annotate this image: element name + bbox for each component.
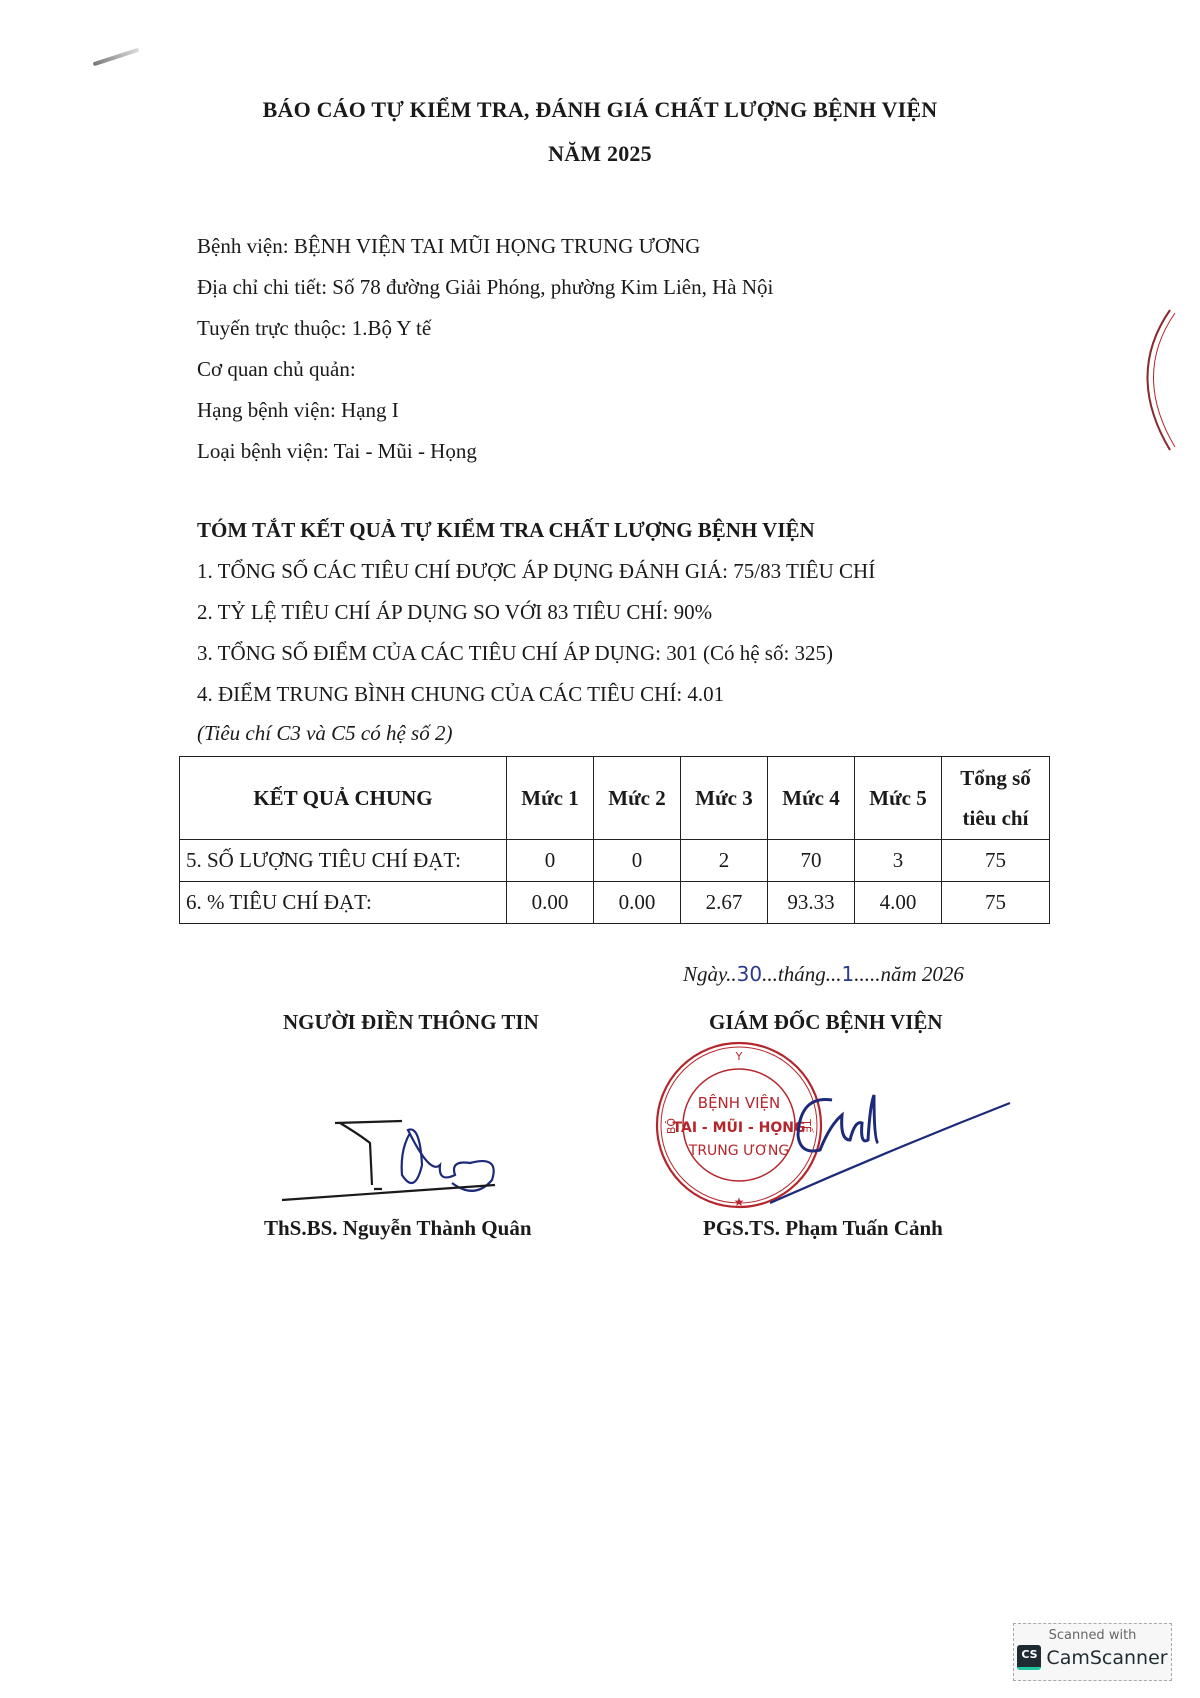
svg-text:★: ★	[734, 1195, 745, 1209]
results-table: KẾT QUẢ CHUNG Mức 1 Mức 2 Mức 3 Mức 4 Mứ…	[179, 756, 1050, 924]
summary-item: 3. TỔNG SỐ ĐIỂM CỦA CÁC TIÊU CHÍ ÁP DỤNG…	[197, 633, 875, 674]
header-level-5: Mức 5	[855, 757, 942, 840]
document-year: NĂM 2025	[0, 141, 1200, 167]
director-title: GIÁM ĐỐC BỆNH VIỆN	[709, 1010, 943, 1035]
director-signature	[770, 1085, 1020, 1215]
summary-item: 2. TỶ LỆ TIÊU CHÍ ÁP DỤNG SO VỚI 83 TIÊU…	[197, 592, 875, 633]
info-rank: Hạng bệnh viện: Hạng I	[197, 390, 773, 431]
svg-text:Y: Y	[735, 1050, 743, 1063]
header-level-4: Mức 4	[768, 757, 855, 840]
handwritten-month: 1	[841, 962, 854, 986]
info-address: Địa chỉ chi tiết: Số 78 đường Giải Phóng…	[197, 267, 773, 308]
header-overall: KẾT QUẢ CHUNG	[180, 757, 507, 840]
camscanner-watermark: Scanned with CS CamScanner	[1013, 1623, 1172, 1681]
info-type: Loại bệnh viện: Tai - Mũi - Họng	[197, 431, 773, 472]
table-row: 5. SỐ LƯỢNG TIÊU CHÍ ĐẠT: 0 0 2 70 3 75	[180, 840, 1050, 882]
summary-heading: TÓM TẮT KẾT QUẢ TỰ KIỂM TRA CHẤT LƯỢNG B…	[197, 510, 875, 551]
info-hospital: Bệnh viện: BỆNH VIỆN TAI MŨI HỌNG TRUNG …	[197, 226, 773, 267]
signing-date: Ngày..30...tháng...1.....năm 2026	[683, 962, 964, 987]
info-governing-body: Cơ quan chủ quản:	[197, 349, 773, 390]
summary-item: 1. TỔNG SỐ CÁC TIÊU CHÍ ĐƯỢC ÁP DỤNG ĐÁN…	[197, 551, 875, 592]
summary-note: (Tiêu chí C3 và C5 có hệ số 2)	[197, 715, 875, 751]
handwritten-day: 30	[737, 962, 762, 986]
svg-text:BỆNH VIỆN: BỆNH VIỆN	[698, 1093, 780, 1112]
director-name: PGS.TS. Phạm Tuấn Cảnh	[703, 1216, 943, 1241]
table-row: 6. % TIÊU CHÍ ĐẠT: 0.00 0.00 2.67 93.33 …	[180, 882, 1050, 924]
header-level-3: Mức 3	[681, 757, 768, 840]
header-level-2: Mức 2	[594, 757, 681, 840]
staple-mark	[93, 48, 140, 67]
header-level-1: Mức 1	[507, 757, 594, 840]
summary-item: 4. ĐIỂM TRUNG BÌNH CHUNG CỦA CÁC TIÊU CH…	[197, 674, 875, 715]
preparer-signature	[280, 1105, 520, 1205]
info-affiliation: Tuyến trực thuộc: 1.Bộ Y tế	[197, 308, 773, 349]
table-header-row: KẾT QUẢ CHUNG Mức 1 Mức 2 Mức 3 Mức 4 Mứ…	[180, 757, 1050, 840]
watermark-brand: CamScanner	[1046, 1647, 1167, 1669]
preparer-name: ThS.BS. Nguyễn Thành Quân	[264, 1216, 532, 1241]
document-title: BÁO CÁO TỰ KIỂM TRA, ĐÁNH GIÁ CHẤT LƯỢNG…	[0, 97, 1200, 123]
header-total: Tổng sốtiêu chí	[942, 757, 1050, 840]
watermark-caption: Scanned with	[1014, 1628, 1171, 1643]
camscanner-logo-icon: CS	[1017, 1645, 1041, 1670]
partial-stamp-edge	[1120, 305, 1200, 455]
preparer-title: NGƯỜI ĐIỀN THÔNG TIN	[283, 1010, 539, 1035]
hospital-info: Bệnh viện: BỆNH VIỆN TAI MŨI HỌNG TRUNG …	[197, 226, 773, 472]
summary-section: TÓM TẮT KẾT QUẢ TỰ KIỂM TRA CHẤT LƯỢNG B…	[197, 510, 875, 751]
